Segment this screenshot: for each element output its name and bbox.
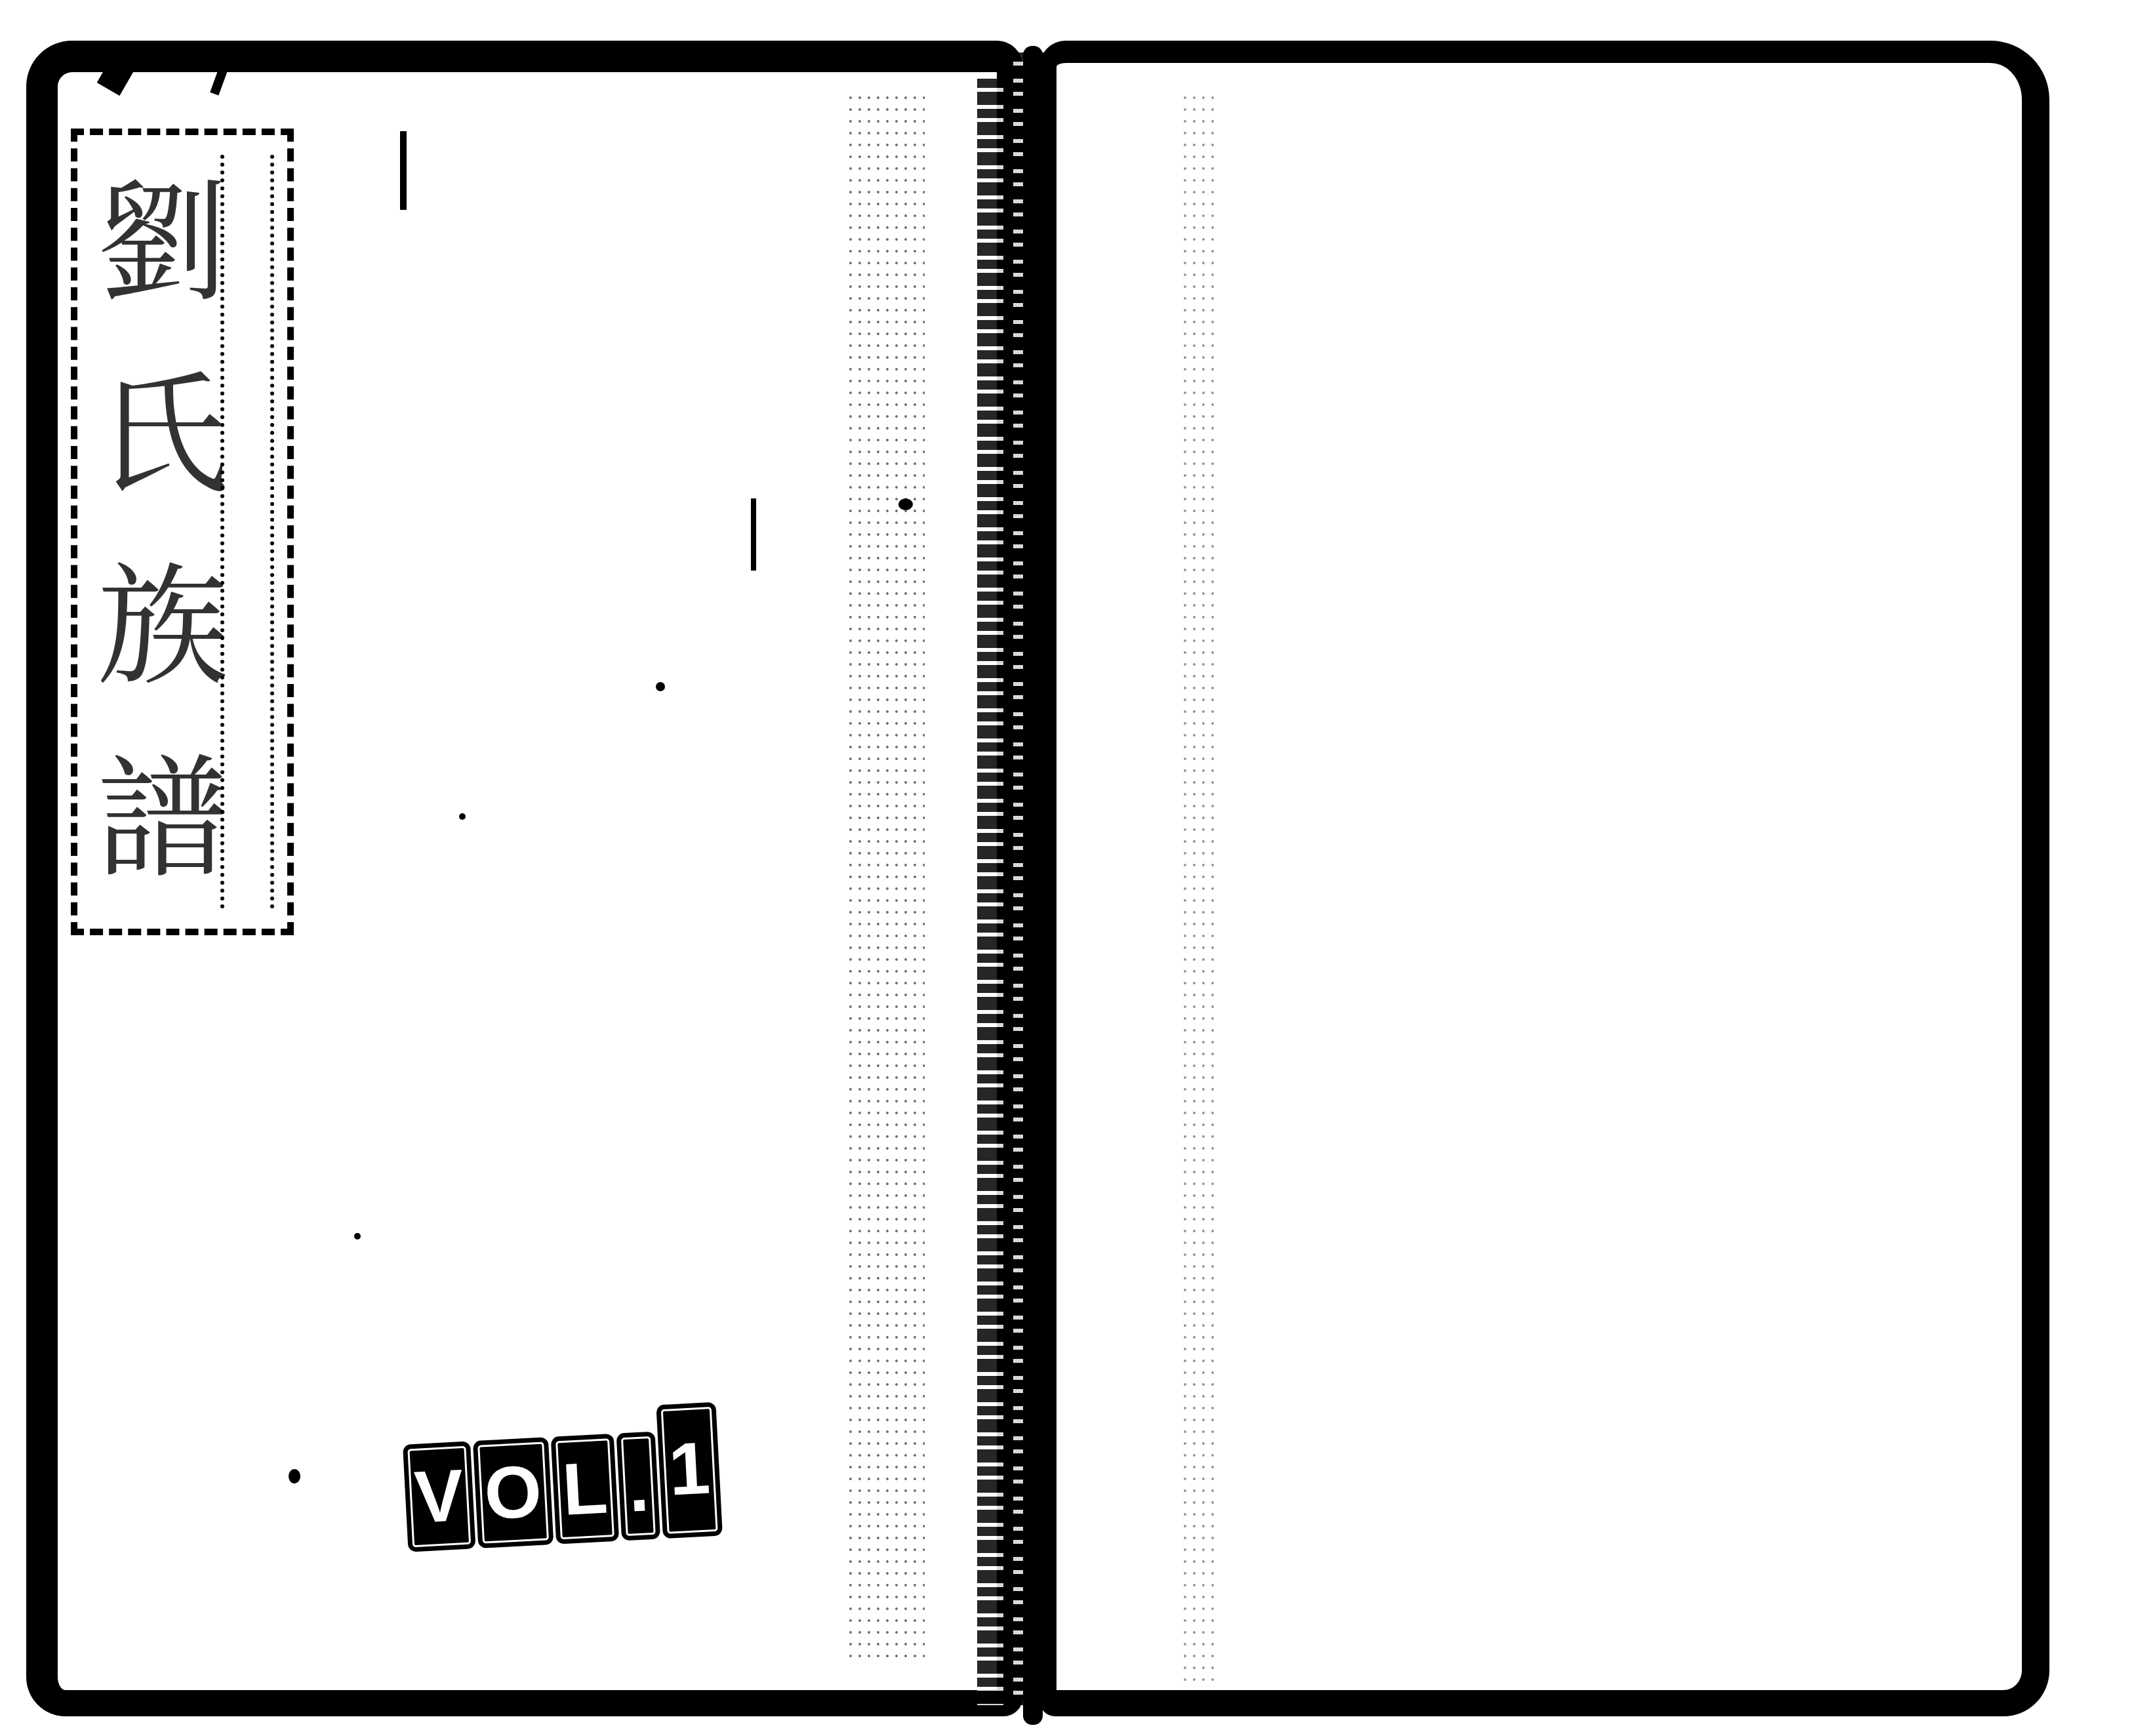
- volume-label: V O L . 1: [403, 1428, 725, 1552]
- title-slip: 劉 氏 族 譜: [71, 129, 294, 935]
- title-character: 譜: [97, 754, 228, 885]
- wear-mark: [751, 498, 756, 571]
- wear-texture: [846, 92, 925, 1666]
- title-slip-border-pattern: [220, 155, 274, 909]
- volume-label-tile: 1: [656, 1402, 723, 1539]
- speck: [459, 813, 466, 820]
- volume-label-tile: .: [616, 1432, 661, 1541]
- speck: [656, 682, 665, 691]
- title-character: 氏: [97, 371, 228, 502]
- cover-edge: [977, 79, 1003, 1705]
- wear-mark: [400, 131, 407, 210]
- bleed-through-texture: [1180, 92, 1220, 1705]
- title-character: 族: [97, 562, 228, 693]
- volume-label-tile: V: [403, 1441, 475, 1552]
- speck: [354, 1233, 361, 1240]
- speck: [289, 1469, 300, 1484]
- volume-label-tile: O: [473, 1437, 554, 1548]
- volume-label-tile: L: [551, 1434, 620, 1544]
- title-character: 劉: [97, 178, 228, 310]
